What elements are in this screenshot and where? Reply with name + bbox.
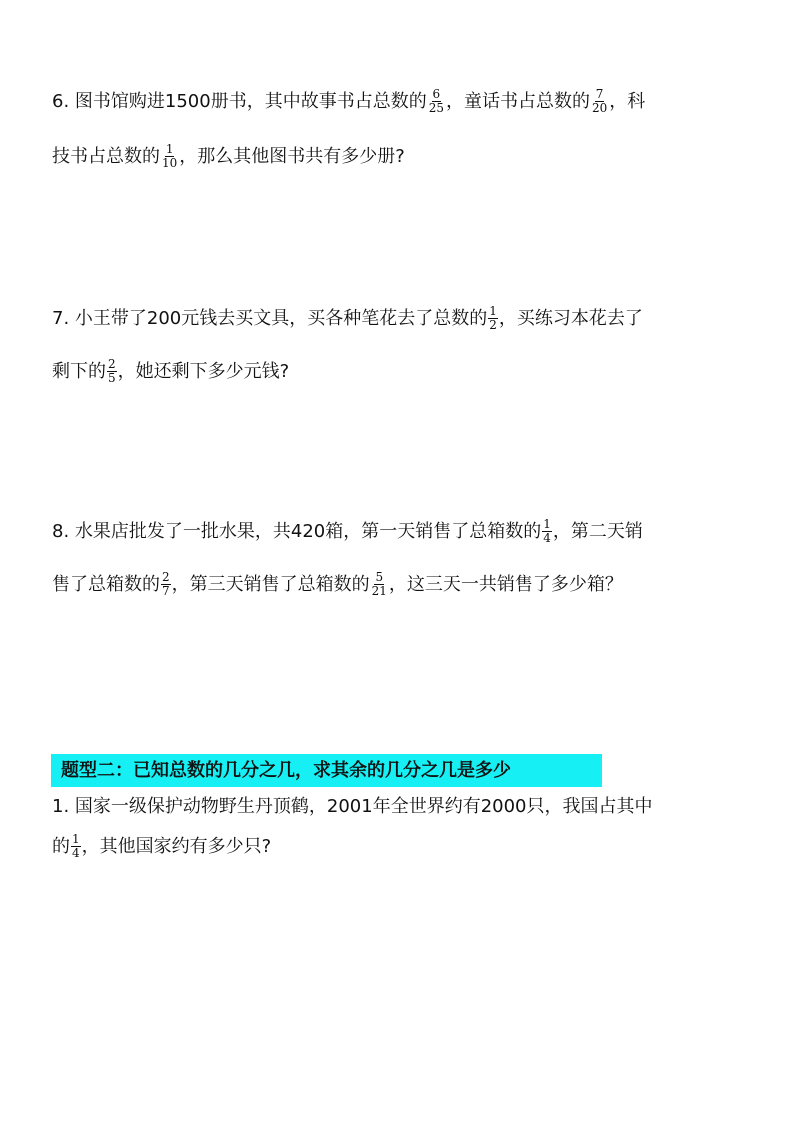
fraction-2-7: 27 [161, 571, 171, 598]
q8-line-1: 8. 水果店批发了一批水果，共420箱，第一天销售了总箱数的 14 ，第二天销 [52, 518, 643, 545]
q6-line-2: 技书占总数的 110 ，那么其他图书共有多少册? [52, 143, 405, 170]
q7-text-3: 剩下的 [52, 360, 106, 384]
q8-line-2: 售了总箱数的 27 ，第三天销售了总箱数的 521 ，这三天一共销售了多少箱？ [52, 571, 623, 598]
q8-text-5: ，这三天一共销售了多少箱？ [389, 573, 623, 597]
fraction-2-5: 25 [107, 358, 117, 385]
fraction-6-25: 625 [428, 88, 445, 115]
q8-text-3: 售了总箱数的 [52, 573, 160, 597]
q7-line-1: 7. 小王带了200元钱去买文具，买各种笔花去了总数的 12 ，买练习本花去了 [52, 305, 643, 332]
q8-text-4: ，第三天销售了总箱数的 [172, 573, 370, 597]
q8-text-2: ，第二天销 [553, 520, 643, 544]
q6-text-2: ，童话书占总数的 [446, 90, 590, 114]
q6-line-1: 6. 图书馆购进1500册书，其中故事书占总数的 625 ，童话书占总数的 72… [52, 88, 645, 115]
s2-q1-line-1: 1. 国家一级保护动物野生丹顶鹤，2001年全世界约有2000只，我国占其中 [52, 795, 653, 819]
q6-text-5: ，那么其他图书共有多少册? [179, 145, 405, 169]
q7-text-2: ，买练习本花去了 [499, 307, 643, 331]
fraction-1-10: 110 [161, 143, 178, 170]
q6-text-3: ，科 [609, 90, 645, 114]
s2-q1-line-2: 的 14 ，其他国家约有多少只? [52, 833, 271, 860]
q6-text-4: 技书占总数的 [52, 145, 160, 169]
fraction-7-20: 720 [591, 88, 608, 115]
s2-q1-text-3: ，其他国家约有多少只? [82, 835, 272, 859]
fraction-5-21: 521 [371, 571, 388, 598]
section-2-title: 题型二：已知总数的几分之几，求其余的几分之几是多少 [51, 754, 602, 787]
q8-text-1: 8. 水果店批发了一批水果，共420箱，第一天销售了总箱数的 [52, 520, 541, 544]
fraction-1-4: 14 [542, 518, 552, 545]
s2-q1-text-1: 1. 国家一级保护动物野生丹顶鹤，2001年全世界约有2000只，我国占其中 [52, 795, 653, 819]
fraction-1-4-s2: 14 [71, 833, 81, 860]
q7-text-4: ，她还剩下多少元钱? [118, 360, 290, 384]
q6-text-1: 6. 图书馆购进1500册书，其中故事书占总数的 [52, 90, 427, 114]
q7-text-1: 7. 小王带了200元钱去买文具，买各种笔花去了总数的 [52, 307, 487, 331]
fraction-1-2: 12 [488, 305, 498, 332]
s2-q1-text-2: 的 [52, 835, 70, 859]
q7-line-2: 剩下的 25 ，她还剩下多少元钱? [52, 358, 289, 385]
